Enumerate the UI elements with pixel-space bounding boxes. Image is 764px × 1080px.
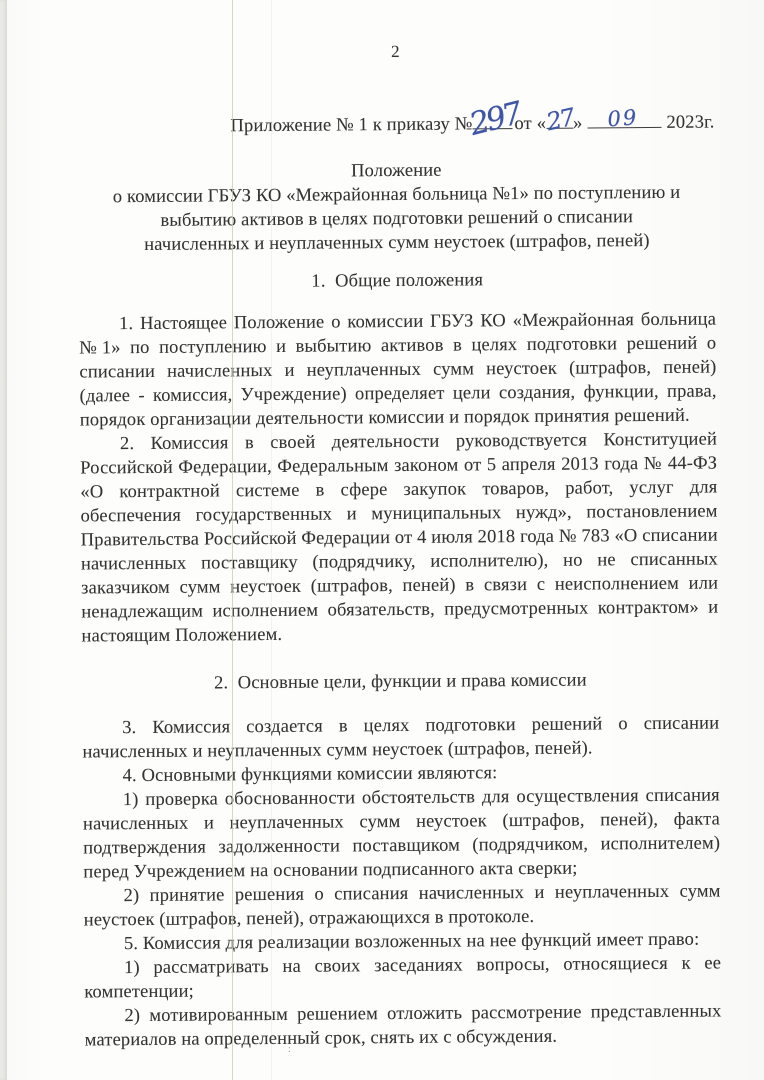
scanner-edge-strip [0, 0, 7, 1080]
title-line-4: начисленных и неуплаченных сумм неустоек… [78, 229, 715, 258]
scanned-document-page: : 2 Приложение № 1 к приказу №297от «27»… [0, 0, 764, 1080]
appendix-reference-line: Приложение № 1 к приказу №297от «27»0920… [77, 110, 714, 139]
paragraph-5-subitem-1: 1) рассматривать на своих заседаниях воп… [84, 951, 721, 1004]
page-fold-line-faint [271, 0, 272, 1080]
paragraph-4-subitem-1: 1) проверка обоснованности обстоятельств… [83, 783, 721, 884]
day-blank: 27 [546, 111, 573, 129]
section-2-heading: 2. Основные цели, функции и права комисс… [82, 667, 719, 696]
order-number-blank: 297 [472, 111, 512, 129]
section-1-heading: 1. Общие положения [79, 266, 716, 295]
document-content: 2 Приложение № 1 к приказу №297от «27»09… [77, 0, 722, 1052]
paragraph-3: 3. Комиссия создается в целях подготовки… [82, 711, 719, 764]
page-number: 2 [77, 40, 714, 65]
handwritten-month: 09 [607, 105, 640, 131]
paragraph-1: 1. Настоящее Положение о комиссии ГБУЗ К… [79, 307, 717, 432]
handwritten-day: 27 [543, 103, 575, 136]
paragraph-4-subitem-2: 2) принятие решения о списания начисленн… [83, 879, 720, 932]
scan-speck: : [288, 1044, 291, 1055]
paragraph-2: 2. Комиссия в своей деятельности руковод… [80, 427, 719, 648]
page-fold-line [232, 0, 233, 1080]
paragraph-5-subitem-2: 2) мотивированным решением отложить расс… [84, 999, 721, 1052]
document-title: Положение о комиссии ГБУЗ КО «Межрайонна… [78, 157, 716, 258]
month-blank: 09 [587, 110, 661, 129]
appendix-prefix: Приложение № 1 к приказу № [230, 114, 472, 136]
handwritten-order-number: 297 [466, 96, 524, 143]
appendix-year: 2023г. [666, 113, 714, 133]
